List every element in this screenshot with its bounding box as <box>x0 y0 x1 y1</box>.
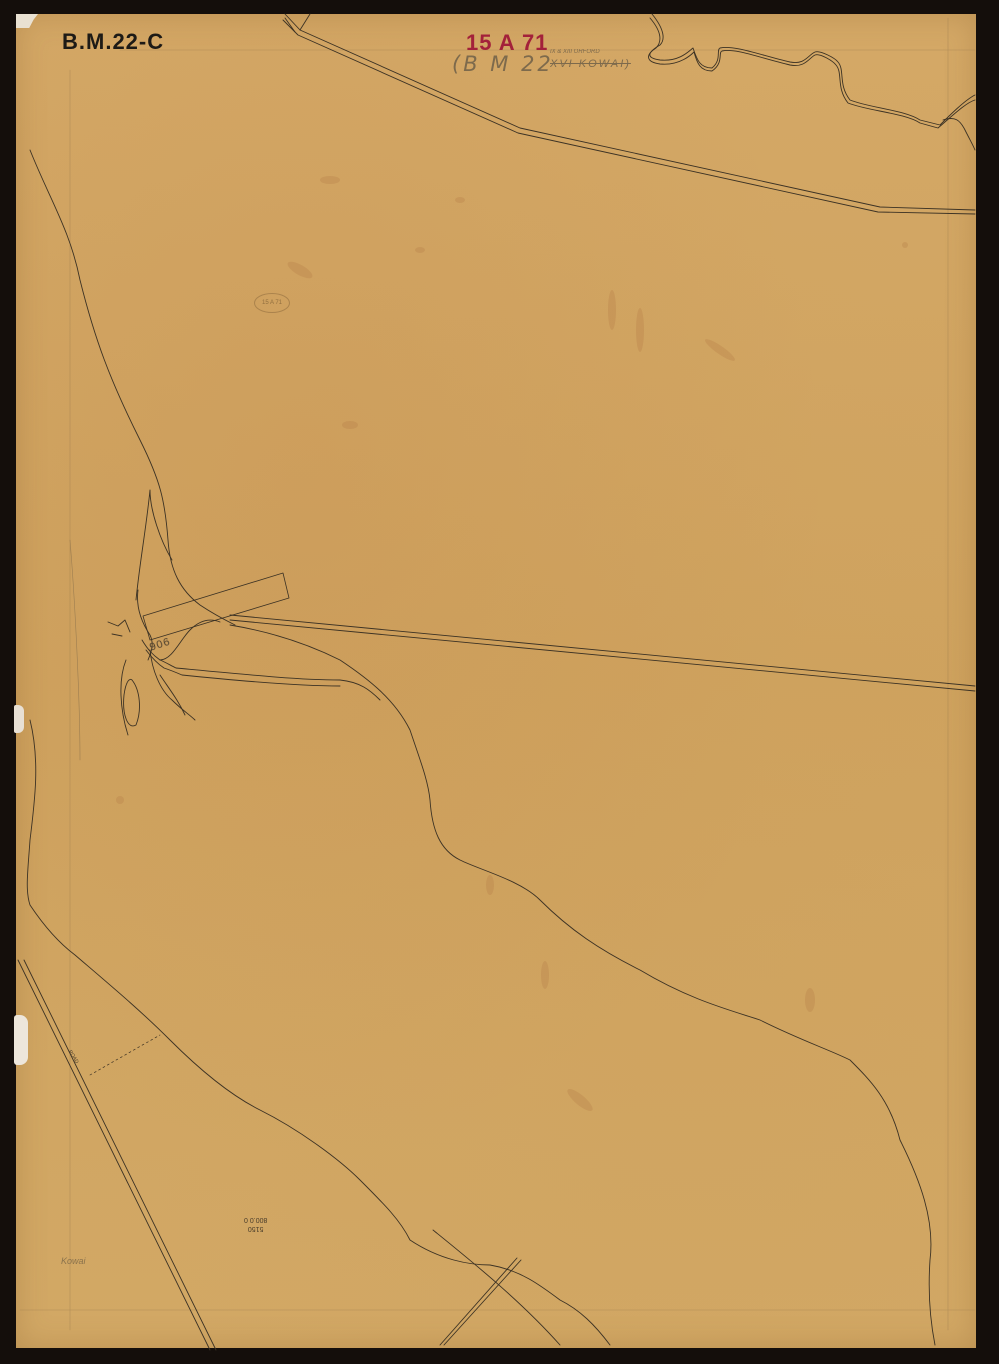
paper-stains <box>116 176 908 1114</box>
pencil-small-note: IX & XIII ORFORD <box>550 49 600 55</box>
margin-lines <box>20 18 975 1330</box>
grid-rectangle <box>143 573 289 640</box>
river-middle <box>230 625 935 1345</box>
inventory-code-line2: 5150 <box>244 1224 267 1233</box>
road-middle <box>230 615 975 691</box>
river-lower-left <box>27 720 610 1345</box>
road-top <box>283 14 975 214</box>
river-top-right <box>649 14 975 150</box>
map-linework <box>0 0 999 1364</box>
dotted-boundary <box>90 1035 160 1075</box>
sheet-id-label: B.M.22-C <box>62 29 164 55</box>
river-left-upper <box>30 150 235 625</box>
pencil-crossed-note: XVI KOWAI) <box>550 58 631 70</box>
road-lower-crossing <box>433 1230 560 1345</box>
oval-stamp: 15 A 71 <box>254 293 290 313</box>
inventory-code-line1: 800.0 0 <box>244 1215 267 1224</box>
pencil-reference-note: (B M 22 <box>452 52 554 76</box>
road-lower <box>18 960 216 1350</box>
inventory-code: 5150 800.0 0 <box>244 1215 267 1233</box>
place-name-label: Kowai <box>61 1256 86 1266</box>
